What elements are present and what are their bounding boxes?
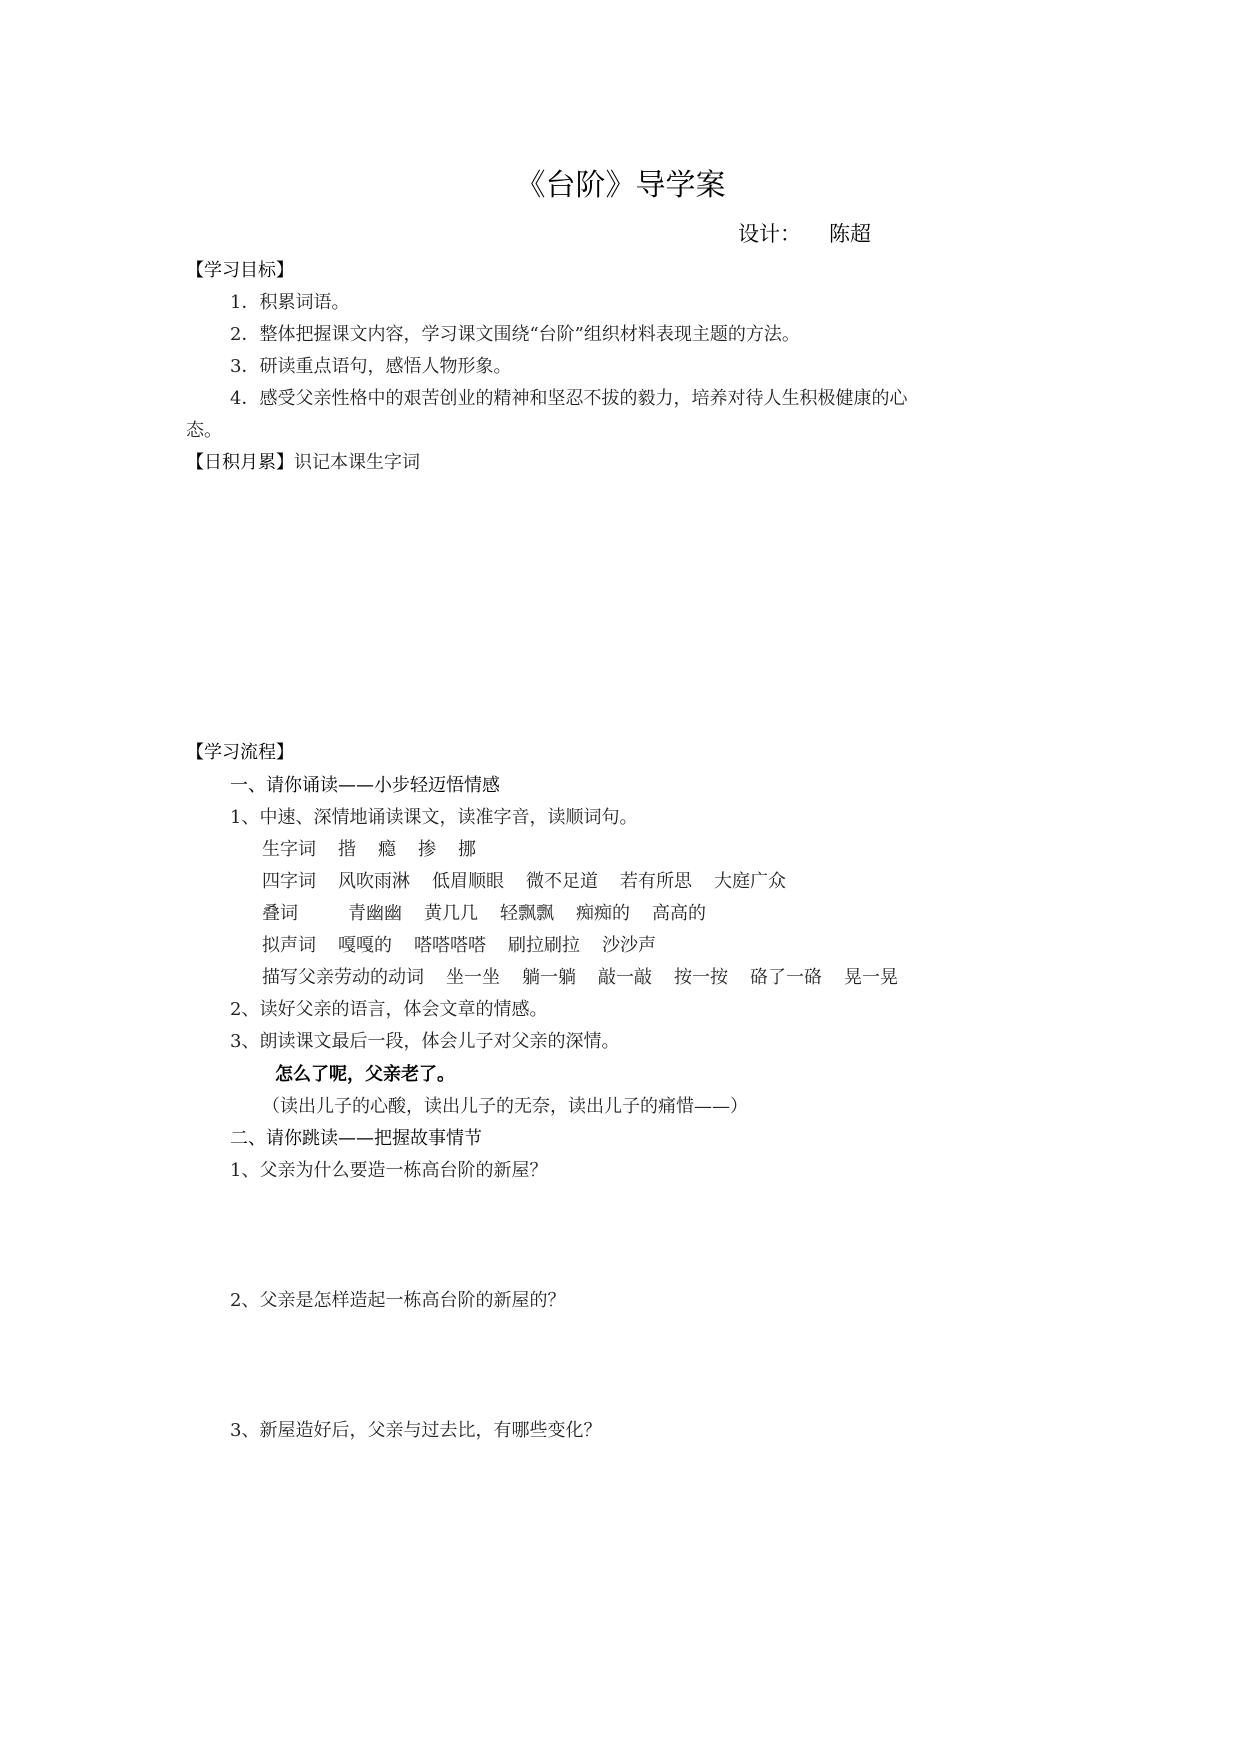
vocab-word: 风吹雨淋: [338, 871, 410, 892]
vocab-word: 轻飘飘: [500, 903, 554, 924]
objective-item: 3．研读重点语句，感悟人物形象。: [230, 352, 511, 378]
objective-item: 4．感受父亲性格中的艰苦创业的精神和坚忍不拔的毅力，培养对待人生积极健康的心: [230, 384, 907, 410]
designer-line: 设计：陈超: [738, 218, 871, 248]
vocab-row: 叠词青幽幽黄几几轻飘飘痴痴的高高的: [262, 899, 706, 925]
vocab-word: 嘎嘎的: [338, 935, 392, 956]
vocab-word: 痴痴的: [576, 903, 630, 924]
part1-title: 一、请你诵读——小步轻迈悟情感: [230, 771, 500, 797]
part1-step3: 3、朗读课文最后一段，体会儿子对父亲的深情。: [230, 1027, 619, 1053]
vocab-word: 微不足道: [526, 871, 598, 892]
vocab-row: 四字词风吹雨淋低眉顺眼微不足道若有所思大庭广众: [262, 867, 786, 893]
designer-name: 陈超: [829, 222, 871, 246]
vocab-word: 瘾: [378, 839, 396, 860]
vocab-label: 四字词: [262, 871, 316, 892]
vocab-word: 低眉顺眼: [432, 871, 504, 892]
quote-text: 怎么了呢，父亲老了。: [275, 1060, 455, 1086]
question-item: 2、父亲是怎样造起一栋高台阶的新屋的？: [230, 1286, 565, 1312]
vocab-word: 掺: [418, 839, 436, 860]
vocab-word: 晃一晃: [844, 967, 898, 988]
objectives-heading: 【学习目标】: [186, 256, 294, 282]
vocab-word: 敲一敲: [598, 967, 652, 988]
vocab-word: 沙沙声: [602, 935, 656, 956]
objective-item: 1．积累词语。: [230, 288, 349, 314]
vocab-label: 生字词: [262, 839, 316, 860]
vocab-word: 挪: [458, 839, 476, 860]
vocab-word: 若有所思: [620, 871, 692, 892]
vocab-word: 坐一坐: [446, 967, 500, 988]
accumulation-text: 识记本课生字词: [294, 452, 420, 473]
vocab-word: 嗒嗒嗒嗒: [414, 935, 486, 956]
vocab-word: 刷拉刷拉: [508, 935, 580, 956]
accumulation-heading: 【日积月累】: [186, 452, 294, 473]
vocab-row: 描写父亲劳动的动词坐一坐躺一躺敲一敲按一按硌了一硌晃一晃: [262, 963, 898, 989]
process-heading: 【学习流程】: [186, 738, 294, 764]
vocab-word: 按一按: [674, 967, 728, 988]
vocab-word: 揩: [338, 839, 356, 860]
vocab-word: 青幽幽: [348, 903, 402, 924]
part2-title: 二、请你跳读——把握故事情节: [230, 1124, 482, 1150]
reading-note: （读出儿子的心酸，读出儿子的无奈，读出儿子的痛惜——）: [262, 1092, 748, 1118]
vocab-label: 叠词: [262, 899, 326, 925]
designer-label: 设计：: [738, 222, 801, 246]
vocab-label: 拟声词: [262, 935, 316, 956]
vocab-row: 生字词揩瘾掺挪: [262, 835, 476, 861]
vocab-row: 拟声词嘎嘎的嗒嗒嗒嗒刷拉刷拉沙沙声: [262, 931, 656, 957]
accumulation-line: 【日积月累】识记本课生字词: [186, 448, 420, 474]
objective-item: 2．整体把握课文内容，学习课文围绕“台阶”组织材料表现主题的方法。: [230, 320, 800, 346]
question-item: 3、新屋造好后，父亲与过去比，有哪些变化？: [230, 1416, 601, 1442]
objective-item-continued: 态。: [186, 416, 222, 442]
part1-step2: 2、读好父亲的语言，体会文章的情感。: [230, 995, 547, 1021]
vocab-word: 高高的: [652, 903, 706, 924]
vocab-word: 躺一躺: [522, 967, 576, 988]
vocab-label: 描写父亲劳动的动词: [262, 967, 424, 988]
vocab-word: 硌了一硌: [750, 967, 822, 988]
question-item: 1、父亲为什么要造一栋高台阶的新屋？: [230, 1156, 547, 1182]
part1-step1: 1、中速、深情地诵读课文，读准字音，读顺词句。: [230, 803, 637, 829]
vocab-word: 黄几几: [424, 903, 478, 924]
page-title: 《台阶》导学案: [0, 160, 1241, 204]
vocab-word: 大庭广众: [714, 871, 786, 892]
